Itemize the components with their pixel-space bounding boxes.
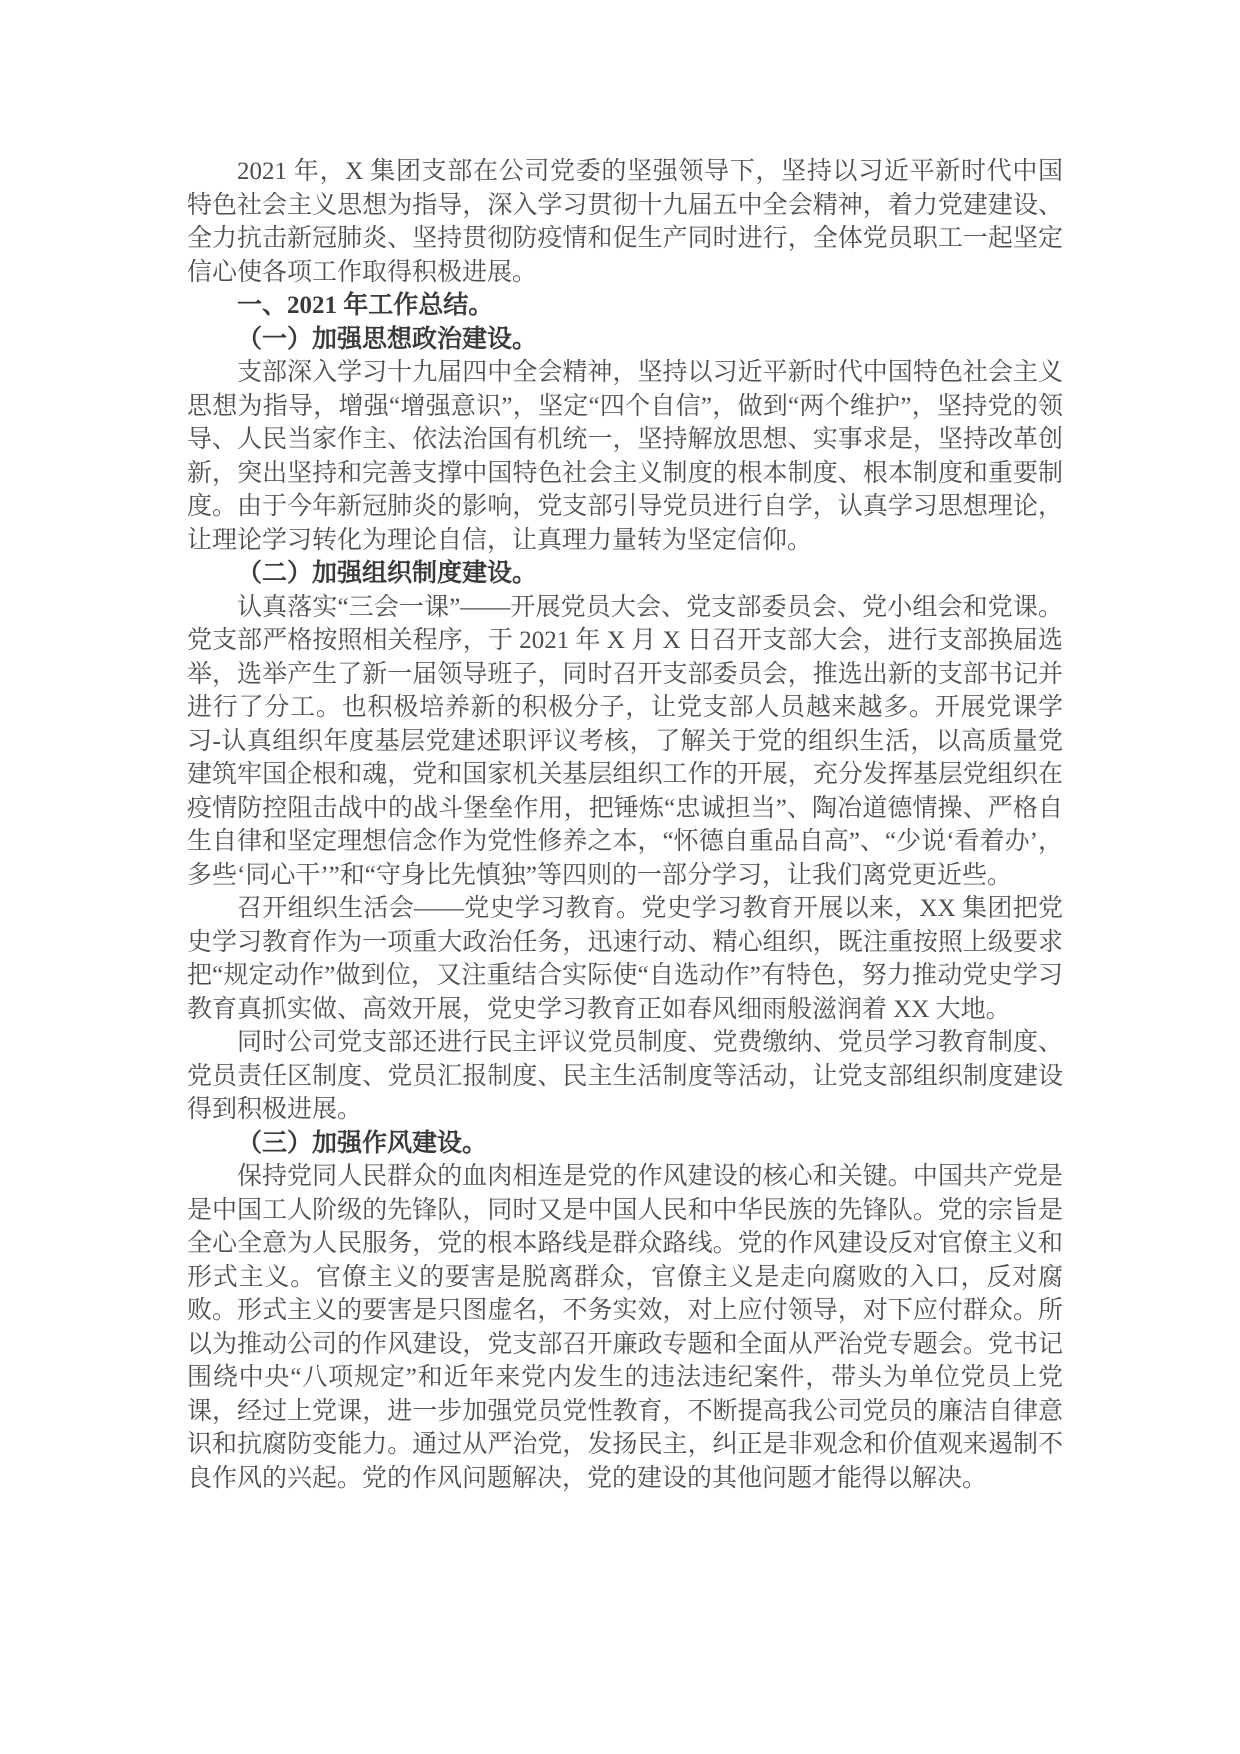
- document-page: 2021 年，X 集团支部在公司党委的坚强领导下，坚持以习近平新时代中国特色社会…: [0, 0, 1240, 1754]
- intro-paragraph: 2021 年，X 集团支部在公司党委的坚强领导下，坚持以习近平新时代中国特色社会…: [187, 155, 1063, 289]
- paragraph-work-style: 保持党同人民群众的血肉相连是党的作风建设的核心和关键。中国共产党是是中国工人阶级…: [187, 1160, 1063, 1495]
- document-body: 2021 年，X 集团支部在公司党委的坚强领导下，坚持以习近平新时代中国特色社会…: [187, 155, 1063, 1495]
- heading-2021-work-summary: 一、2021 年工作总结。: [187, 289, 1063, 323]
- heading-ideological-political: （一）加强思想政治建设。: [187, 323, 1063, 357]
- heading-work-style: （三）加强作风建设。: [187, 1127, 1063, 1161]
- paragraph-party-history-education: 召开组织生活会——党史学习教育。党史学习教育开展以来，XX 集团把党史学习教育作…: [187, 892, 1063, 1026]
- heading-organizational-system: （二）加强组织制度建设。: [187, 557, 1063, 591]
- paragraph-three-meetings-one-class: 认真落实“三会一课”——开展党员大会、党支部委员会、党小组会和党课。党支部严格按…: [187, 591, 1063, 893]
- paragraph-ideological-political: 支部深入学习十九届四中全会精神，坚持以习近平新时代中国特色社会主义思想为指导，增…: [187, 356, 1063, 557]
- paragraph-democratic-review: 同时公司党支部还进行民主评议党员制度、党费缴纳、党员学习教育制度、党员责任区制度…: [187, 1026, 1063, 1127]
